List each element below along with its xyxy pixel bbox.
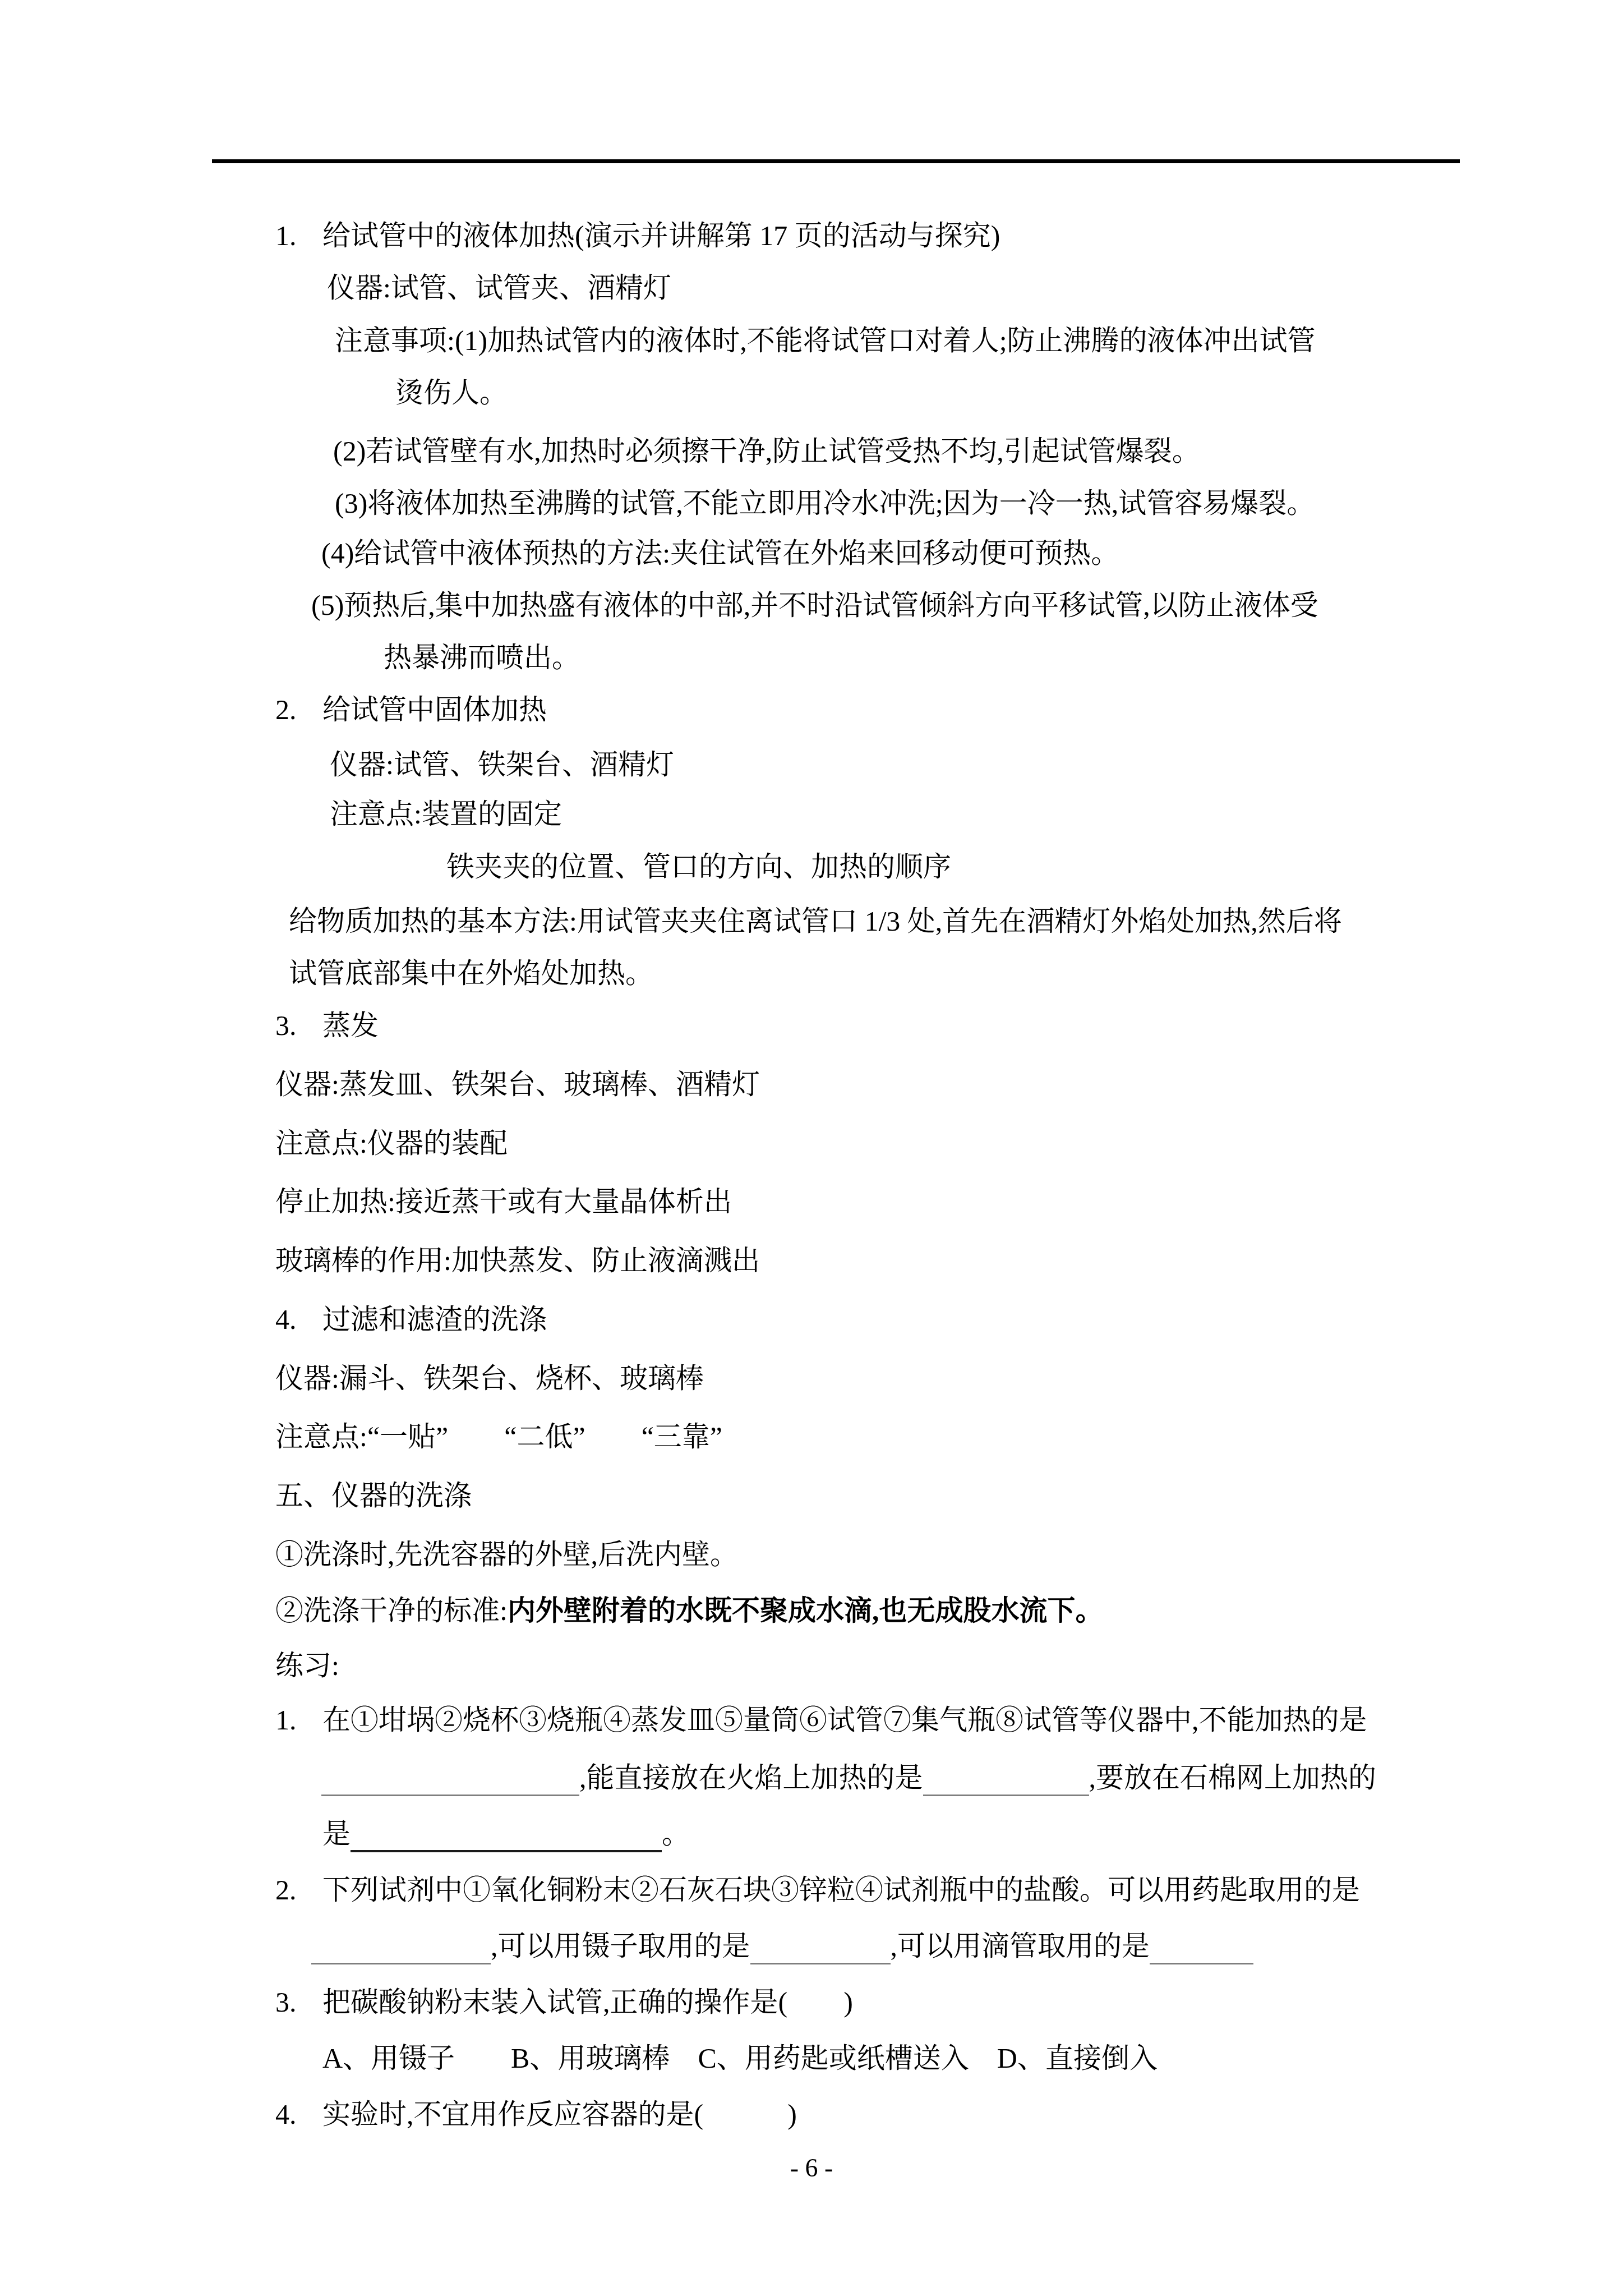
text-line-washing-2: ②洗涤干净的标准:内外壁附着的水既不聚成水滴,也无成股水流下。 [275, 1593, 1103, 1628]
text-line-heating-method-cont: 试管底部集中在外焰处加热。 [289, 956, 653, 991]
line-text: 过滤和滤渣的洗涤 [322, 1304, 547, 1335]
bold-emphasis: 内外壁附着的水既不聚成水滴,也无成股水流下。 [508, 1595, 1104, 1626]
text-line-instruments-4: 仪器:漏斗、铁架台、烧杯、玻璃棒 [275, 1361, 704, 1396]
line-text: ,能直接放在火焰上加热的是 [579, 1762, 923, 1793]
question-2: 2.下列试剂中①氧化铜粉末②石灰石块③锌粒④试剂瓶中的盐酸。可以用药匙取用的是 [275, 1872, 1360, 1908]
line-text: 铁夹夹的位置、管口的方向、加热的顺序 [446, 851, 951, 882]
line-text: ①洗涤时,先洗容器的外壁,后洗内壁。 [275, 1539, 738, 1570]
fill-blank [351, 1850, 662, 1852]
fill-blank [321, 1795, 579, 1796]
line-text: ,可以用滴管取用的是 [891, 1930, 1150, 1962]
line-text: ②洗涤干净的标准: [275, 1595, 508, 1626]
line-text: 实验时,不宜用作反应容器的是( ) [322, 2099, 797, 2130]
fill-blank [750, 1963, 891, 1964]
line-text: 给物质加热的基本方法:用试管夹夹住离试管口 1/3 处,首先在酒精灯外焰处加热,… [289, 905, 1342, 937]
line-text: 热暴沸而喷出。 [384, 642, 580, 673]
text-line-exercise-heading: 练习: [275, 1648, 339, 1683]
list-number: 3. [275, 1985, 322, 2020]
text-line-precaution-5-cont: 热暴沸而喷出。 [384, 640, 580, 675]
line-text: 注意点:“一贴” “二低” “三靠” [275, 1421, 722, 1452]
list-number: 1. [275, 218, 322, 254]
line-text: 蒸发 [322, 1010, 379, 1041]
section-heading-washing: 五、仪器的洗涤 [275, 1478, 472, 1513]
line-text: 注意点:仪器的装配 [275, 1128, 508, 1159]
line-text: ,可以用镊子取用的是 [491, 1930, 750, 1962]
text-line-note-fixing: 注意点:装置的固定 [330, 797, 562, 832]
header-rule [212, 159, 1460, 163]
list-number: 3. [275, 1008, 322, 1043]
question-2-cont: ,可以用镊子取用的是,可以用滴管取用的是 [311, 1929, 1253, 1964]
line-text: 仪器:漏斗、铁架台、烧杯、玻璃棒 [275, 1363, 704, 1394]
list-item-evaporation: 3.蒸发 [275, 1008, 379, 1043]
line-text: 仪器:试管、试管夹、酒精灯 [327, 272, 671, 303]
line-text: 下列试剂中①氧化铜粉末②石灰石块③锌粒④试剂瓶中的盐酸。可以用药匙取用的是 [322, 1874, 1360, 1906]
list-item-heating-liquid: 1.给试管中的液体加热(演示并讲解第 17 页的活动与探究) [275, 218, 1000, 254]
line-text: 停止加热:接近蒸干或有大量晶体析出 [275, 1186, 732, 1217]
question-3: 3.把碳酸钠粉末装入试管,正确的操作是( ) [275, 1985, 853, 2020]
line-text: A、用镊子 B、用玻璃棒 C、用药匙或纸槽送入 D、直接倒入 [322, 2042, 1158, 2074]
line-text: 在①坩埚②烧杯③烧瓶④蒸发皿⑤量筒⑥试管⑦集气瓶⑧试管等仪器中,不能加热的是 [322, 1704, 1367, 1736]
text-line-instruments: 仪器:试管、试管夹、酒精灯 [327, 270, 671, 306]
text-line-instruments-3: 仪器:蒸发皿、铁架台、玻璃棒、酒精灯 [275, 1067, 760, 1102]
line-text: (2)若试管壁有水,加热时必须擦干净,防止试管受热不均,引起试管爆裂。 [333, 435, 1200, 467]
question-1-cont: ,能直接放在火焰上加热的是,要放在石棉网上加热的 [321, 1760, 1376, 1796]
line-text: ,要放在石棉网上加热的 [1089, 1762, 1377, 1793]
text-line-precaution-1: 注意事项:(1)加热试管内的液体时,不能将试管口对着人;防止沸腾的液体冲出试管 [335, 323, 1316, 358]
list-number: 2. [275, 1872, 322, 1908]
line-text: 五、仪器的洗涤 [275, 1480, 472, 1511]
text-line-precaution-2: (2)若试管壁有水,加热时必须擦干净,防止试管受热不均,引起试管爆裂。 [333, 434, 1200, 469]
question-1: 1.在①坩埚②烧杯③烧瓶④蒸发皿⑤量筒⑥试管⑦集气瓶⑧试管等仪器中,不能加热的是 [275, 1703, 1367, 1738]
text-line-stop-heating: 停止加热:接近蒸干或有大量晶体析出 [275, 1184, 732, 1220]
text-line-heating-method: 给物质加热的基本方法:用试管夹夹住离试管口 1/3 处,首先在酒精灯外焰处加热,… [289, 904, 1342, 939]
list-number: 2. [275, 692, 322, 728]
line-text: 。 [662, 1818, 690, 1849]
line-text: 注意事项:(1)加热试管内的液体时,不能将试管口对着人;防止沸腾的液体冲出试管 [335, 325, 1316, 356]
fill-blank [1150, 1963, 1253, 1964]
text-line-note-assembly: 注意点:仪器的装配 [275, 1126, 508, 1161]
line-text: 玻璃棒的作用:加快蒸发、防止液滴溅出 [275, 1245, 760, 1276]
line-text: 仪器:试管、铁架台、酒精灯 [330, 749, 674, 780]
line-text: 把碳酸钠粉末装入试管,正确的操作是( ) [322, 1986, 853, 2018]
question-3-options: A、用镊子 B、用玻璃棒 C、用药匙或纸槽送入 D、直接倒入 [322, 2041, 1158, 2076]
fill-blank [311, 1963, 491, 1964]
text-line-glass-rod-role: 玻璃棒的作用:加快蒸发、防止液滴溅出 [275, 1243, 760, 1278]
page-number: - 6 - [0, 2153, 1623, 2183]
line-text: (3)将液体加热至沸腾的试管,不能立即用冷水冲洗;因为一冷一热,试管容易爆裂。 [335, 487, 1315, 519]
line-text: 给试管中的液体加热(演示并讲解第 17 页的活动与探究) [322, 220, 1000, 251]
line-text: 给试管中固体加热 [322, 694, 547, 725]
text-line-precaution-5: (5)预热后,集中加热盛有液体的中部,并不时沿试管倾斜方向平移试管,以防止液体受 [311, 588, 1318, 623]
text-line-precaution-4: (4)给试管中液体预热的方法:夹住试管在外焰来回移动便可预热。 [321, 536, 1119, 571]
question-4: 4.实验时,不宜用作反应容器的是( ) [275, 2097, 797, 2132]
text-line-precaution-3: (3)将液体加热至沸腾的试管,不能立即用冷水冲洗;因为一冷一热,试管容易爆裂。 [335, 486, 1315, 521]
fill-blank [923, 1795, 1089, 1796]
line-text: 仪器:蒸发皿、铁架台、玻璃棒、酒精灯 [275, 1069, 760, 1100]
text-line-washing-1: ①洗涤时,先洗容器的外壁,后洗内壁。 [275, 1537, 738, 1572]
document-page: 1.给试管中的液体加热(演示并讲解第 17 页的活动与探究) 仪器:试管、试管夹… [0, 0, 1623, 2296]
list-item-filtration: 4.过滤和滤渣的洗涤 [275, 1302, 547, 1337]
line-text: 烫伤人。 [395, 377, 508, 408]
list-item-heating-solid: 2.给试管中固体加热 [275, 692, 547, 728]
text-line-instruments-2: 仪器:试管、铁架台、酒精灯 [330, 747, 674, 783]
line-text: (5)预热后,集中加热盛有液体的中部,并不时沿试管倾斜方向平移试管,以防止液体受 [311, 590, 1318, 621]
line-text: 注意点:装置的固定 [330, 798, 562, 830]
list-number: 4. [275, 1302, 322, 1337]
line-text: 练习: [275, 1650, 339, 1681]
line-text: (4)给试管中液体预热的方法:夹住试管在外焰来回移动便可预热。 [321, 537, 1119, 569]
list-number: 4. [275, 2097, 322, 2132]
text-line-clamp-position: 铁夹夹的位置、管口的方向、加热的顺序 [446, 849, 951, 885]
question-1-cont-2: 是。 [322, 1816, 690, 1852]
list-number: 1. [275, 1703, 322, 1738]
line-text: 试管底部集中在外焰处加热。 [289, 958, 653, 989]
text-line-note-filter-rules: 注意点:“一贴” “二低” “三靠” [275, 1419, 722, 1455]
line-text: 是 [322, 1818, 351, 1849]
text-line-precaution-1-cont: 烫伤人。 [395, 375, 508, 411]
